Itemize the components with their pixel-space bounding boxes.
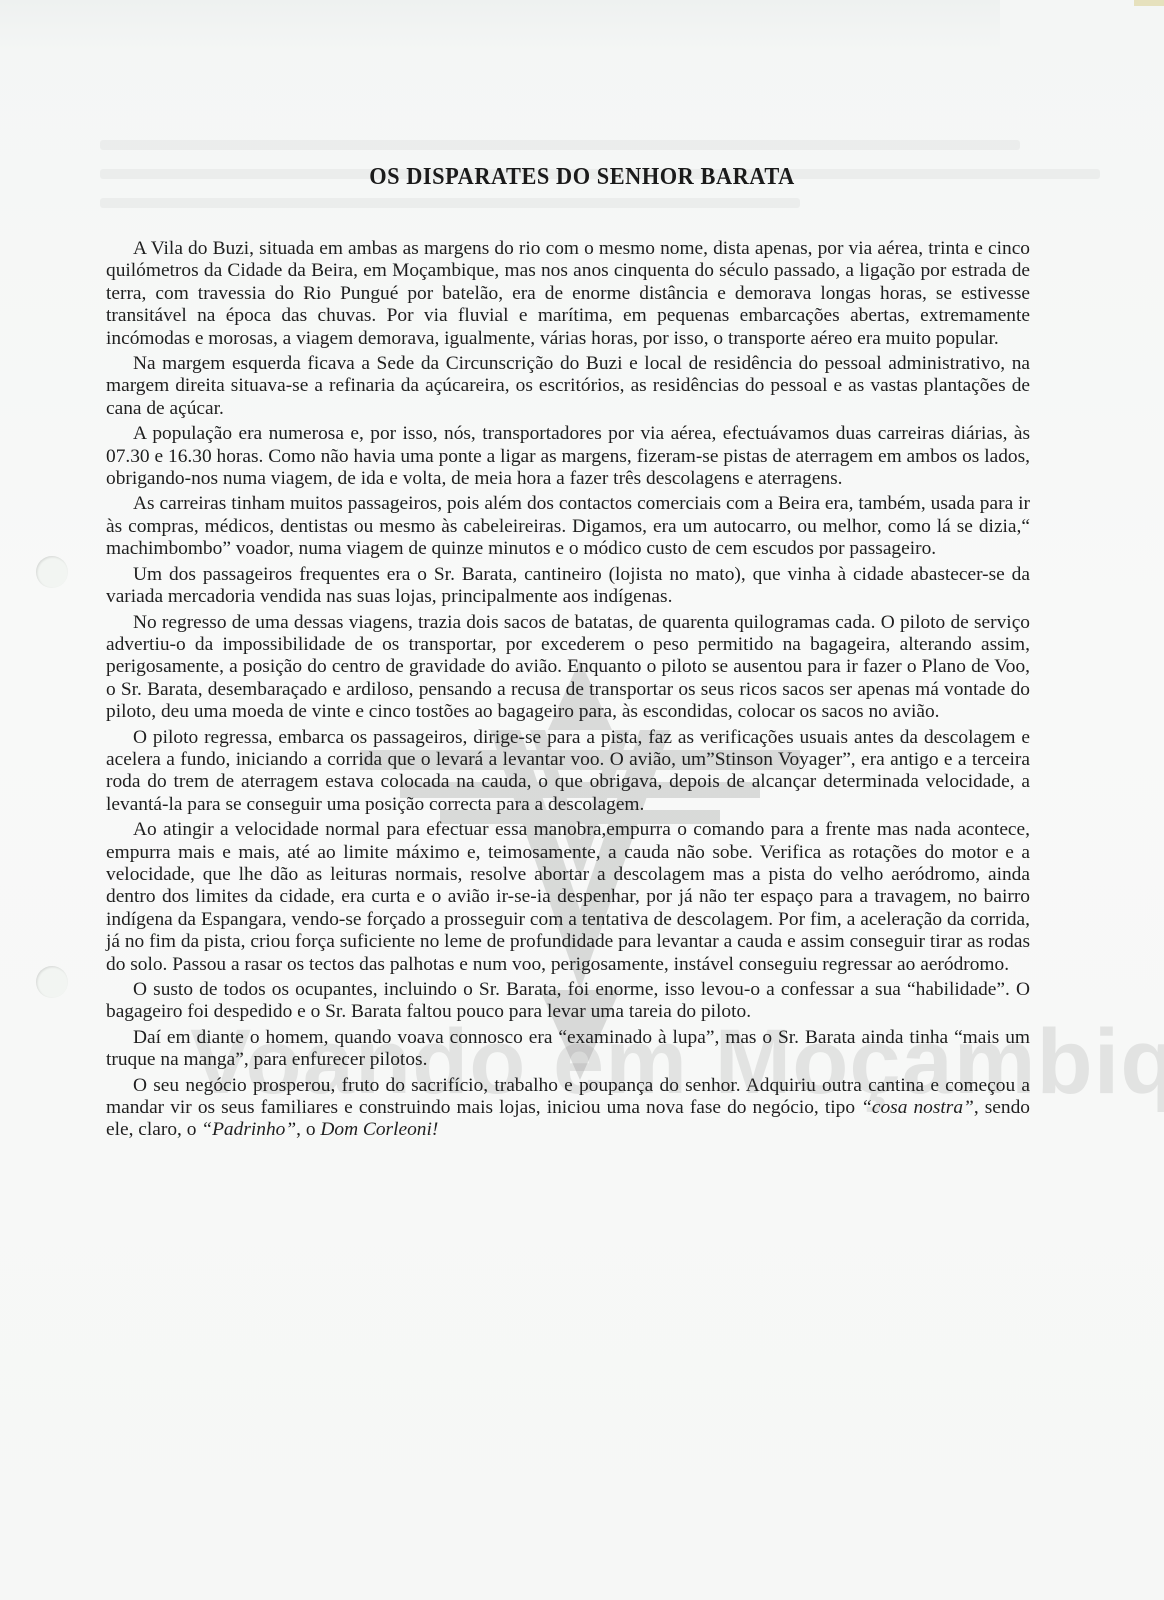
paragraph-10: Daí em diante o homem, quando voava conn…: [106, 1027, 1030, 1072]
paragraph-6: No regresso de uma dessas viagens, trazi…: [106, 612, 1030, 724]
paragraph-3: A população era numerosa e, por isso, nó…: [106, 423, 1030, 490]
scan-corner-mark: [1134, 0, 1164, 6]
paragraph-8: Ao atingir a velocidade normal para efec…: [106, 819, 1030, 976]
paragraph-2: Na margem esquerda ficava a Sede da Circ…: [106, 353, 1030, 420]
paragraph-4: As carreiras tinham muitos passageiros, …: [106, 493, 1030, 560]
punch-hole-icon: [36, 556, 68, 588]
punch-hole-icon: [36, 966, 68, 998]
document-title: OS DISPARATES DO SENHOR BARATA: [41, 164, 1124, 191]
italic-padrinho: “Padrinho”: [201, 1119, 296, 1140]
paragraph-5: Um dos passageiros frequentes era o Sr. …: [106, 564, 1030, 609]
paragraph-11: O seu negócio prosperou, fruto do sacrif…: [106, 1075, 1030, 1142]
document-body: A Vila do Buzi, situada em ambas as marg…: [106, 238, 1030, 1142]
paragraph-11-text-mid-2: , o: [296, 1119, 320, 1140]
scanned-page: Voando em Moçambique OS DISPARATES DO SE…: [0, 0, 1164, 1600]
italic-cosa-nostra: “cosa nostra”: [861, 1097, 974, 1118]
paragraph-7: O piloto regressa, embarca os passageiro…: [106, 727, 1030, 817]
paragraph-1: A Vila do Buzi, situada em ambas as marg…: [106, 238, 1030, 350]
paragraph-9: O susto de todos os ocupantes, incluindo…: [106, 979, 1030, 1024]
reverse-side-bleed-through: [100, 140, 1100, 250]
scan-top-shadow: [0, 0, 1000, 52]
italic-dom-corleoni: Dom Corleoni!: [320, 1119, 438, 1140]
